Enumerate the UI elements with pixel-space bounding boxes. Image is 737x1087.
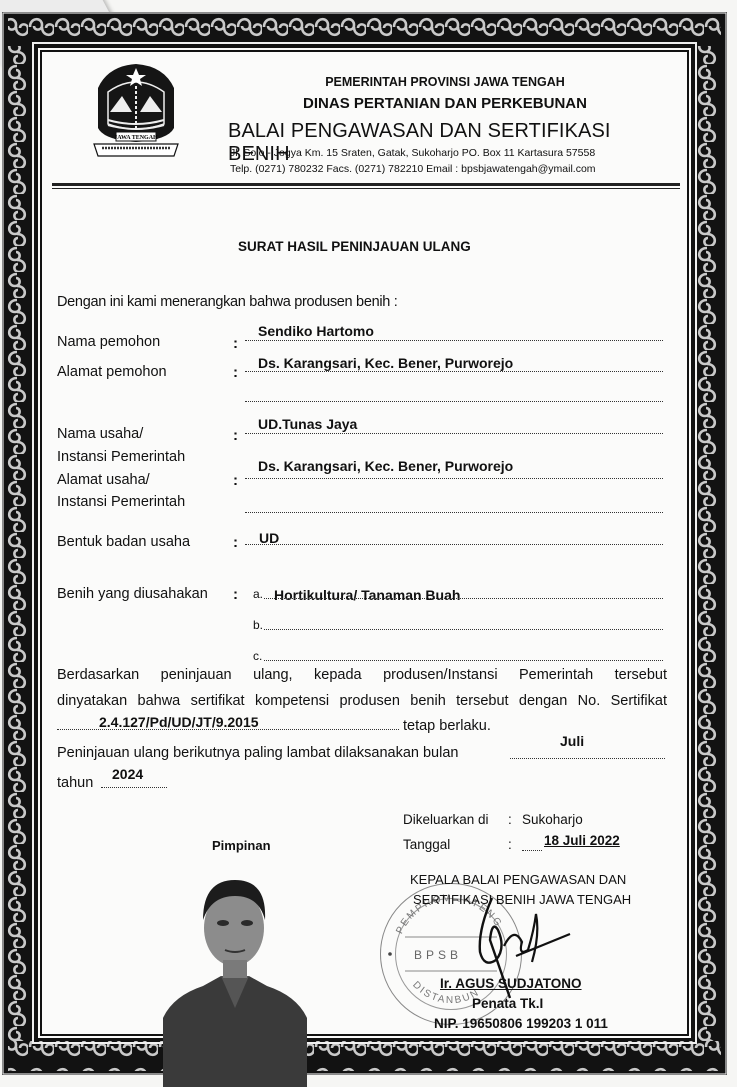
signer-title-line-1: KEPALA BALAI PENGAWASAN DAN <box>410 872 626 887</box>
letterhead-institution: BALAI PENGAWASAN DAN SERTIFIKASI BENIH <box>228 120 668 166</box>
letterhead-province: PEMERINTAH PROVINSI JAWA TENGAH <box>230 75 660 89</box>
colon: : <box>233 335 238 352</box>
dotted-line <box>264 629 663 630</box>
pimpinan-title: Pimpinan <box>212 838 271 853</box>
jawa-tengah-emblem-icon: JAWA TENGAH <box>88 58 184 162</box>
dotted-line <box>245 478 663 479</box>
next-review-month: Juli <box>560 733 584 749</box>
label-alamat-usaha-2: Instansi Pemerintah <box>57 494 185 510</box>
dotted-line <box>522 850 542 851</box>
header-rule-thick <box>52 183 680 186</box>
letterhead-address: Jl. Solo - Jogya Km. 15 Sraten, Gatak, S… <box>230 147 595 159</box>
dotted-line <box>245 340 663 341</box>
paragraph-line-2: dinyatakan bahwa sertifikat kompetensi p… <box>57 693 667 709</box>
value-alamat-usaha: Ds. Karangsari, Kec. Bener, Purworejo <box>258 458 513 474</box>
dotted-line <box>245 371 663 372</box>
svg-text:BPSB: BPSB <box>414 948 462 962</box>
letterhead-contact: Telp. (0271) 780232 Facs. (0271) 782210 … <box>230 163 596 175</box>
colon: : <box>233 364 238 381</box>
label-alamat-usaha: Alamat usaha/ <box>57 472 150 488</box>
dotted-line <box>57 729 399 730</box>
svg-text:JAWA TENGAH: JAWA TENGAH <box>114 135 158 141</box>
benih-marker-a: a. <box>253 587 263 601</box>
dotted-line <box>245 544 663 545</box>
issue-date: 18 Juli 2022 <box>544 833 620 848</box>
letterhead-department: DINAS PERTANIAN DAN PERKEBUNAN <box>230 95 660 112</box>
certificate-valid-text: tetap berlaku. <box>403 718 491 734</box>
issued-at-value: Sukoharjo <box>522 812 583 827</box>
dotted-line <box>264 598 663 599</box>
intro-text: Dengan ini kami menerangkan bahwa produs… <box>57 294 397 310</box>
dotted-line <box>245 433 663 434</box>
colon: : <box>233 472 238 489</box>
label-nama-usaha: Nama usaha/ <box>57 426 143 442</box>
paragraph-line-1: Berdasarkan peninjauan ulang, kepada pro… <box>57 667 667 683</box>
label-bentuk-badan: Bentuk badan usaha <box>57 534 190 550</box>
signer-rank: Penata Tk.I <box>472 996 543 1011</box>
value-alamat-pemohon: Ds. Karangsari, Kec. Bener, Purworejo <box>258 355 513 371</box>
header-rule-thin <box>52 188 680 189</box>
colon: : <box>233 534 238 551</box>
applicant-photo <box>163 868 307 1087</box>
date-label: Tanggal <box>403 837 450 852</box>
year-label: tahun <box>57 775 93 791</box>
dotted-line <box>510 758 665 759</box>
dotted-line <box>245 401 663 402</box>
dotted-line <box>245 512 663 513</box>
label-alamat-pemohon: Alamat pemohon <box>57 364 167 380</box>
dotted-line <box>264 660 663 661</box>
colon: : <box>233 586 238 603</box>
label-nama-usaha-2: Instansi Pemerintah <box>57 449 185 465</box>
certificate-number: 2.4.127/Pd/UD/JT/9.2015 <box>99 714 259 730</box>
colon: : <box>508 812 512 827</box>
value-benih-a: Hortikultura/ Tanaman Buah <box>274 587 460 603</box>
dotted-line <box>101 787 167 788</box>
next-review-year: 2024 <box>112 766 143 782</box>
signer-nip: NIP. 19650806 199203 1 011 <box>434 1016 608 1031</box>
label-nama-pemohon: Nama pemohon <box>57 334 160 350</box>
next-review-text: Peninjauan ulang berikutnya paling lamba… <box>57 745 458 761</box>
value-nama-usaha: UD.Tunas Jaya <box>258 416 357 432</box>
signer-name: Ir. AGUS SUDJATONO <box>440 976 582 991</box>
document-title: SURAT HASIL PENINJAUAN ULANG <box>238 239 471 254</box>
value-nama-pemohon: Sendiko Hartomo <box>258 323 374 339</box>
label-benih: Benih yang diusahakan <box>57 586 208 602</box>
benih-marker-c: c. <box>253 649 262 663</box>
issued-at-label: Dikeluarkan di <box>403 812 489 827</box>
colon: : <box>508 837 512 852</box>
benih-marker-b: b. <box>253 618 263 632</box>
colon: : <box>233 427 238 444</box>
